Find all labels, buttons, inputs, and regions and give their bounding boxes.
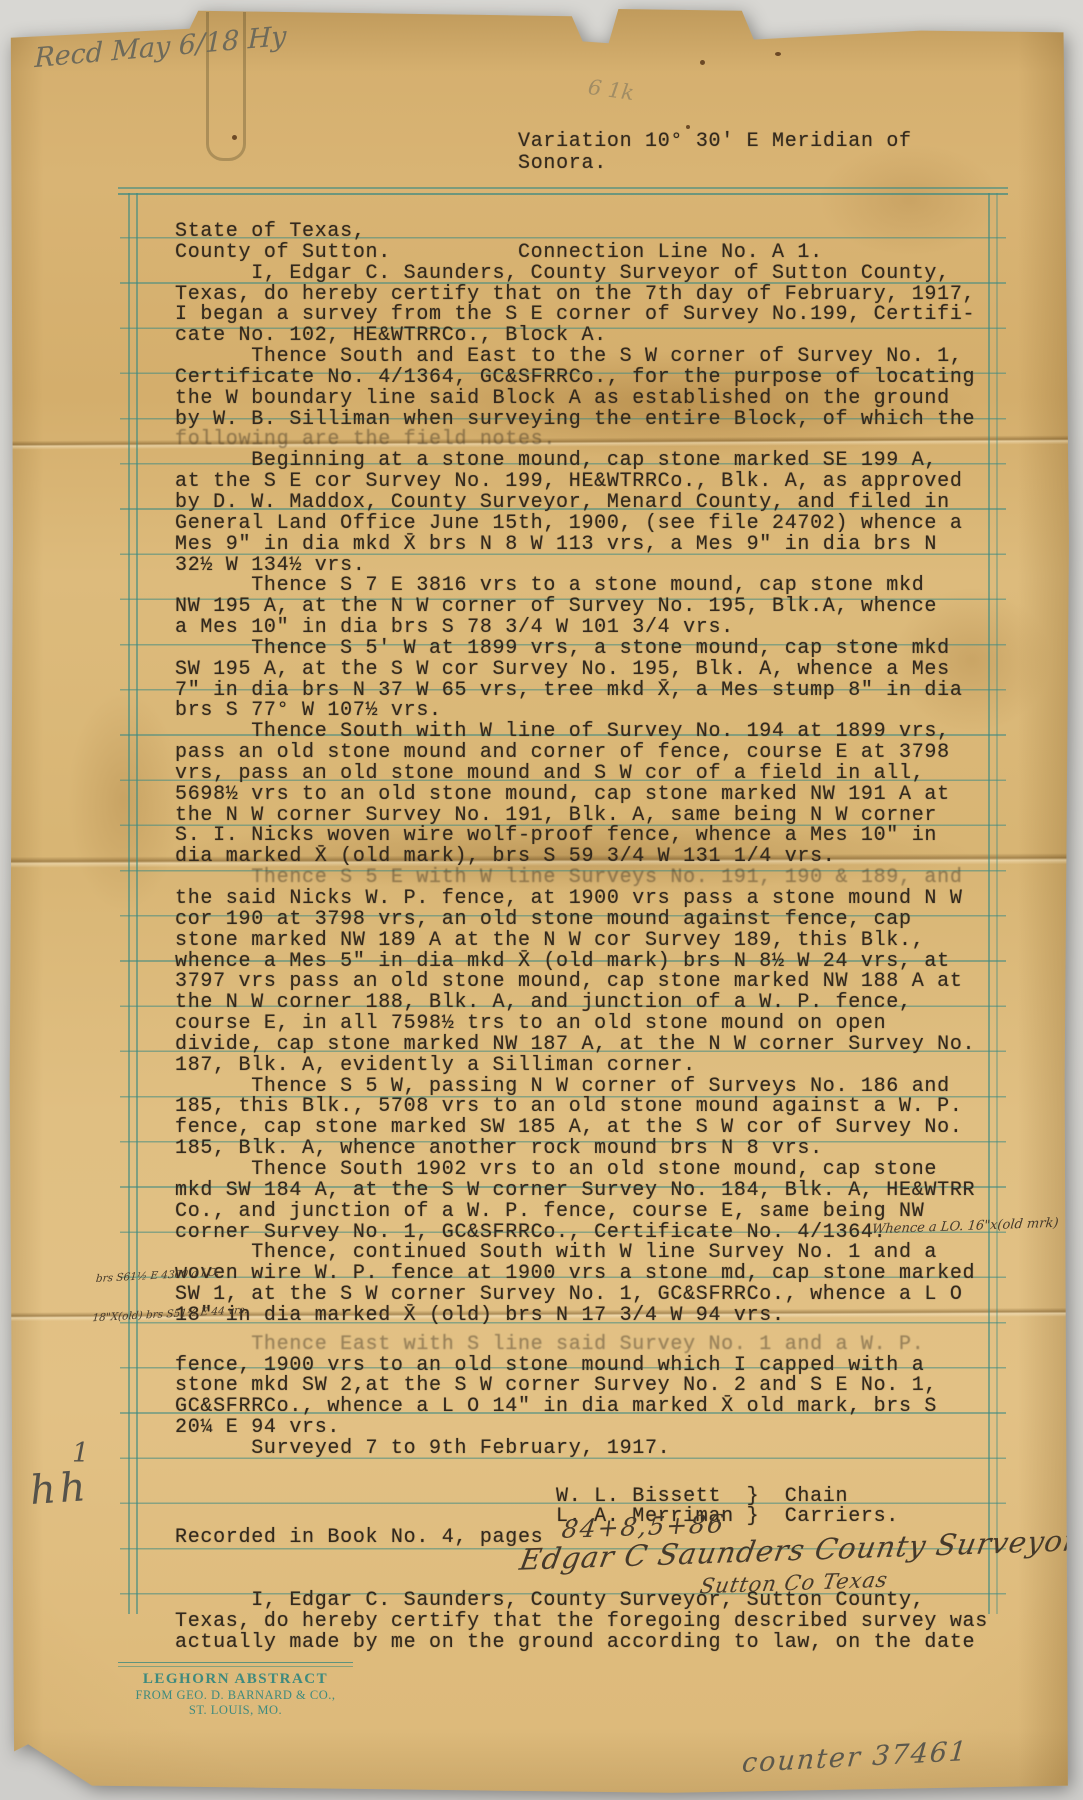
doc-line: 187, Blk. A, evidently a Silliman corner…: [175, 1056, 1005, 1077]
doc-line: the N W corner 188, Blk. A, and junction…: [175, 993, 1005, 1014]
doc-line: woven wire W. P. fence at 1900 vrs a sto…: [175, 1264, 1005, 1285]
doc-line: vrs, pass an old stone mound and S W cor…: [175, 764, 1005, 785]
doc-line: pass an old stone mound and corner of fe…: [175, 743, 1005, 764]
doc-line: Co., and junction of a W. P. fence, cour…: [175, 1202, 1005, 1223]
doc-line: I, Edgar C. Saunders, County Surveyor of…: [175, 264, 1005, 285]
doc-line: cor 190 at 3798 vrs, an old stone mound …: [175, 910, 1005, 931]
survey-document-paper: Variation 10° 30' E Meridian ofSonora. S…: [0, 0, 1083, 1800]
ledger-left-rule-inner: [136, 193, 138, 1614]
doc-line: Thence South with W line of Survey No. 1…: [175, 722, 1005, 743]
doc-line: course E, in all 7598½ trs to an old sto…: [175, 1014, 1005, 1035]
doc-line: Thence S 5' W at 1899 vrs, a stone mound…: [175, 639, 1005, 660]
doc-line: at the S E cor Survey No. 199, HE&WTRRCo…: [175, 472, 1005, 493]
ledger-left-rule-outer: [128, 193, 130, 1614]
doc-line: Thence South 1902 vrs to an old stone mo…: [175, 1160, 1005, 1181]
doc-line: 20¼ E 94 vrs.: [175, 1418, 1005, 1439]
stamp-line-1: LEGHORN ABSTRACT: [108, 1671, 363, 1688]
rust-dot: [775, 52, 781, 56]
margin-note-left-line-2: 18"X(old) brs S51½ E 44 vrs.: [92, 1304, 248, 1325]
doc-line: Beginning at a stone mound, cap stone ma…: [175, 451, 1005, 472]
doc-line: cate No. 102, HE&WTRRCo., Block A.: [175, 326, 1005, 347]
doc-line: actually made by me on the ground accord…: [175, 1633, 1005, 1654]
stamp-line-2: FROM GEO. D. BARNARD & CO.,: [108, 1688, 363, 1703]
pencil-tick: 1: [72, 1438, 89, 1469]
ledger-top-rule-outer: [118, 187, 1008, 189]
doc-line: County of Sutton. Connection Line No. A …: [175, 243, 1005, 264]
doc-line: Thence S 5 E with W line Surveys No. 191…: [175, 868, 1005, 889]
margin-note-left: brs S61½ E 4300 a LO. 18"X(old) brs S51½…: [90, 1239, 254, 1352]
paper-wrapper: Variation 10° 30' E Meridian ofSonora. S…: [0, 0, 1083, 1800]
doc-line: SW 1, at the S W corner Survey No. 1, GC…: [175, 1285, 1005, 1306]
doc-line: a Mes 10" in dia brs S 78 3/4 W 101 3/4 …: [175, 618, 1005, 639]
doc-line: the said Nicks W. P. fence, at 1900 vrs …: [175, 889, 1005, 910]
doc-line: by D. W. Maddox, County Surveyor, Menard…: [175, 493, 1005, 514]
doc-line: [175, 1460, 1005, 1481]
meridian-line-1: Variation 10° 30' E Meridian of: [518, 131, 912, 153]
margin-note-left-line-1: brs S61½ E 4300 a LO.: [95, 1265, 251, 1286]
doc-line: Thence East with S line said Survey No. …: [175, 1335, 1005, 1356]
stamp-divider: [118, 1662, 353, 1667]
rust-dot: [232, 135, 237, 140]
doc-line: mkd SW 184 A, at the S W corner Survey N…: [175, 1181, 1005, 1202]
doc-line: Texas, do hereby certify that the forego…: [175, 1612, 1005, 1633]
document-body: State of Texas,County of Sutton. Connect…: [175, 222, 1005, 1653]
counter-note: counter 37461: [741, 1736, 970, 1779]
doc-line: 185, Blk. A, whence another rock mound b…: [175, 1139, 1005, 1160]
doc-line: State of Texas,: [175, 222, 1005, 243]
doc-line: Thence South and East to the S W corner …: [175, 347, 1005, 368]
rust-dot: [700, 60, 705, 65]
doc-line: GC&SFRRCo., whence a L O 14" in dia mark…: [175, 1397, 1005, 1418]
doc-line: following are the field notes.: [175, 430, 1005, 451]
doc-line: SW 195 A, at the S W cor Survey No. 195,…: [175, 660, 1005, 681]
doc-line: 18" in dia marked X̄ (old) brs N 17 3/4 …: [175, 1306, 1005, 1327]
doc-line: I, Edgar C. Saunders, County Surveyor, S…: [175, 1591, 1005, 1612]
doc-line: Certificate No. 4/1364, GC&SFRRCo., for …: [175, 368, 1005, 389]
doc-line: Mes 9" in dia mkd X̄ brs N 8 W 113 vrs, …: [175, 535, 1005, 556]
top-right-pencil-mark: 6 1k: [587, 75, 636, 105]
doc-line: divide, cap stone marked NW 187 A, at th…: [175, 1035, 1005, 1056]
doc-line: the W boundary line said Block A as esta…: [175, 389, 1005, 410]
meridian-header: Variation 10° 30' E Meridian ofSonora.: [518, 131, 912, 175]
doc-line: General Land Office June 15th, 1900, (se…: [175, 514, 1005, 535]
doc-line: stone marked NW 189 A at the N W cor Sur…: [175, 931, 1005, 952]
corner-pencil-marks: hh: [28, 1464, 91, 1514]
meridian-line-2: Sonora.: [518, 153, 912, 175]
ledger-top-rule-inner: [118, 193, 1008, 195]
doc-line: fence, cap stone marked SW 185 A, at the…: [175, 1118, 1005, 1139]
doc-line: NW 195 A, at the N W corner of Survey No…: [175, 597, 1005, 618]
photo-backdrop: Variation 10° 30' E Meridian ofSonora. S…: [0, 0, 1083, 1800]
printer-stamp: LEGHORN ABSTRACT FROM GEO. D. BARNARD & …: [108, 1662, 363, 1718]
stamp-line-3: ST. LOUIS, MO.: [108, 1703, 363, 1718]
doc-line: 5698½ vrs to an old stone mound, cap sto…: [175, 785, 1005, 806]
rust-dot: [686, 125, 690, 129]
doc-line: Surveyed 7 to 9th February, 1917.: [175, 1439, 1005, 1460]
received-note: Recd May 6/18 Hy: [34, 21, 286, 74]
